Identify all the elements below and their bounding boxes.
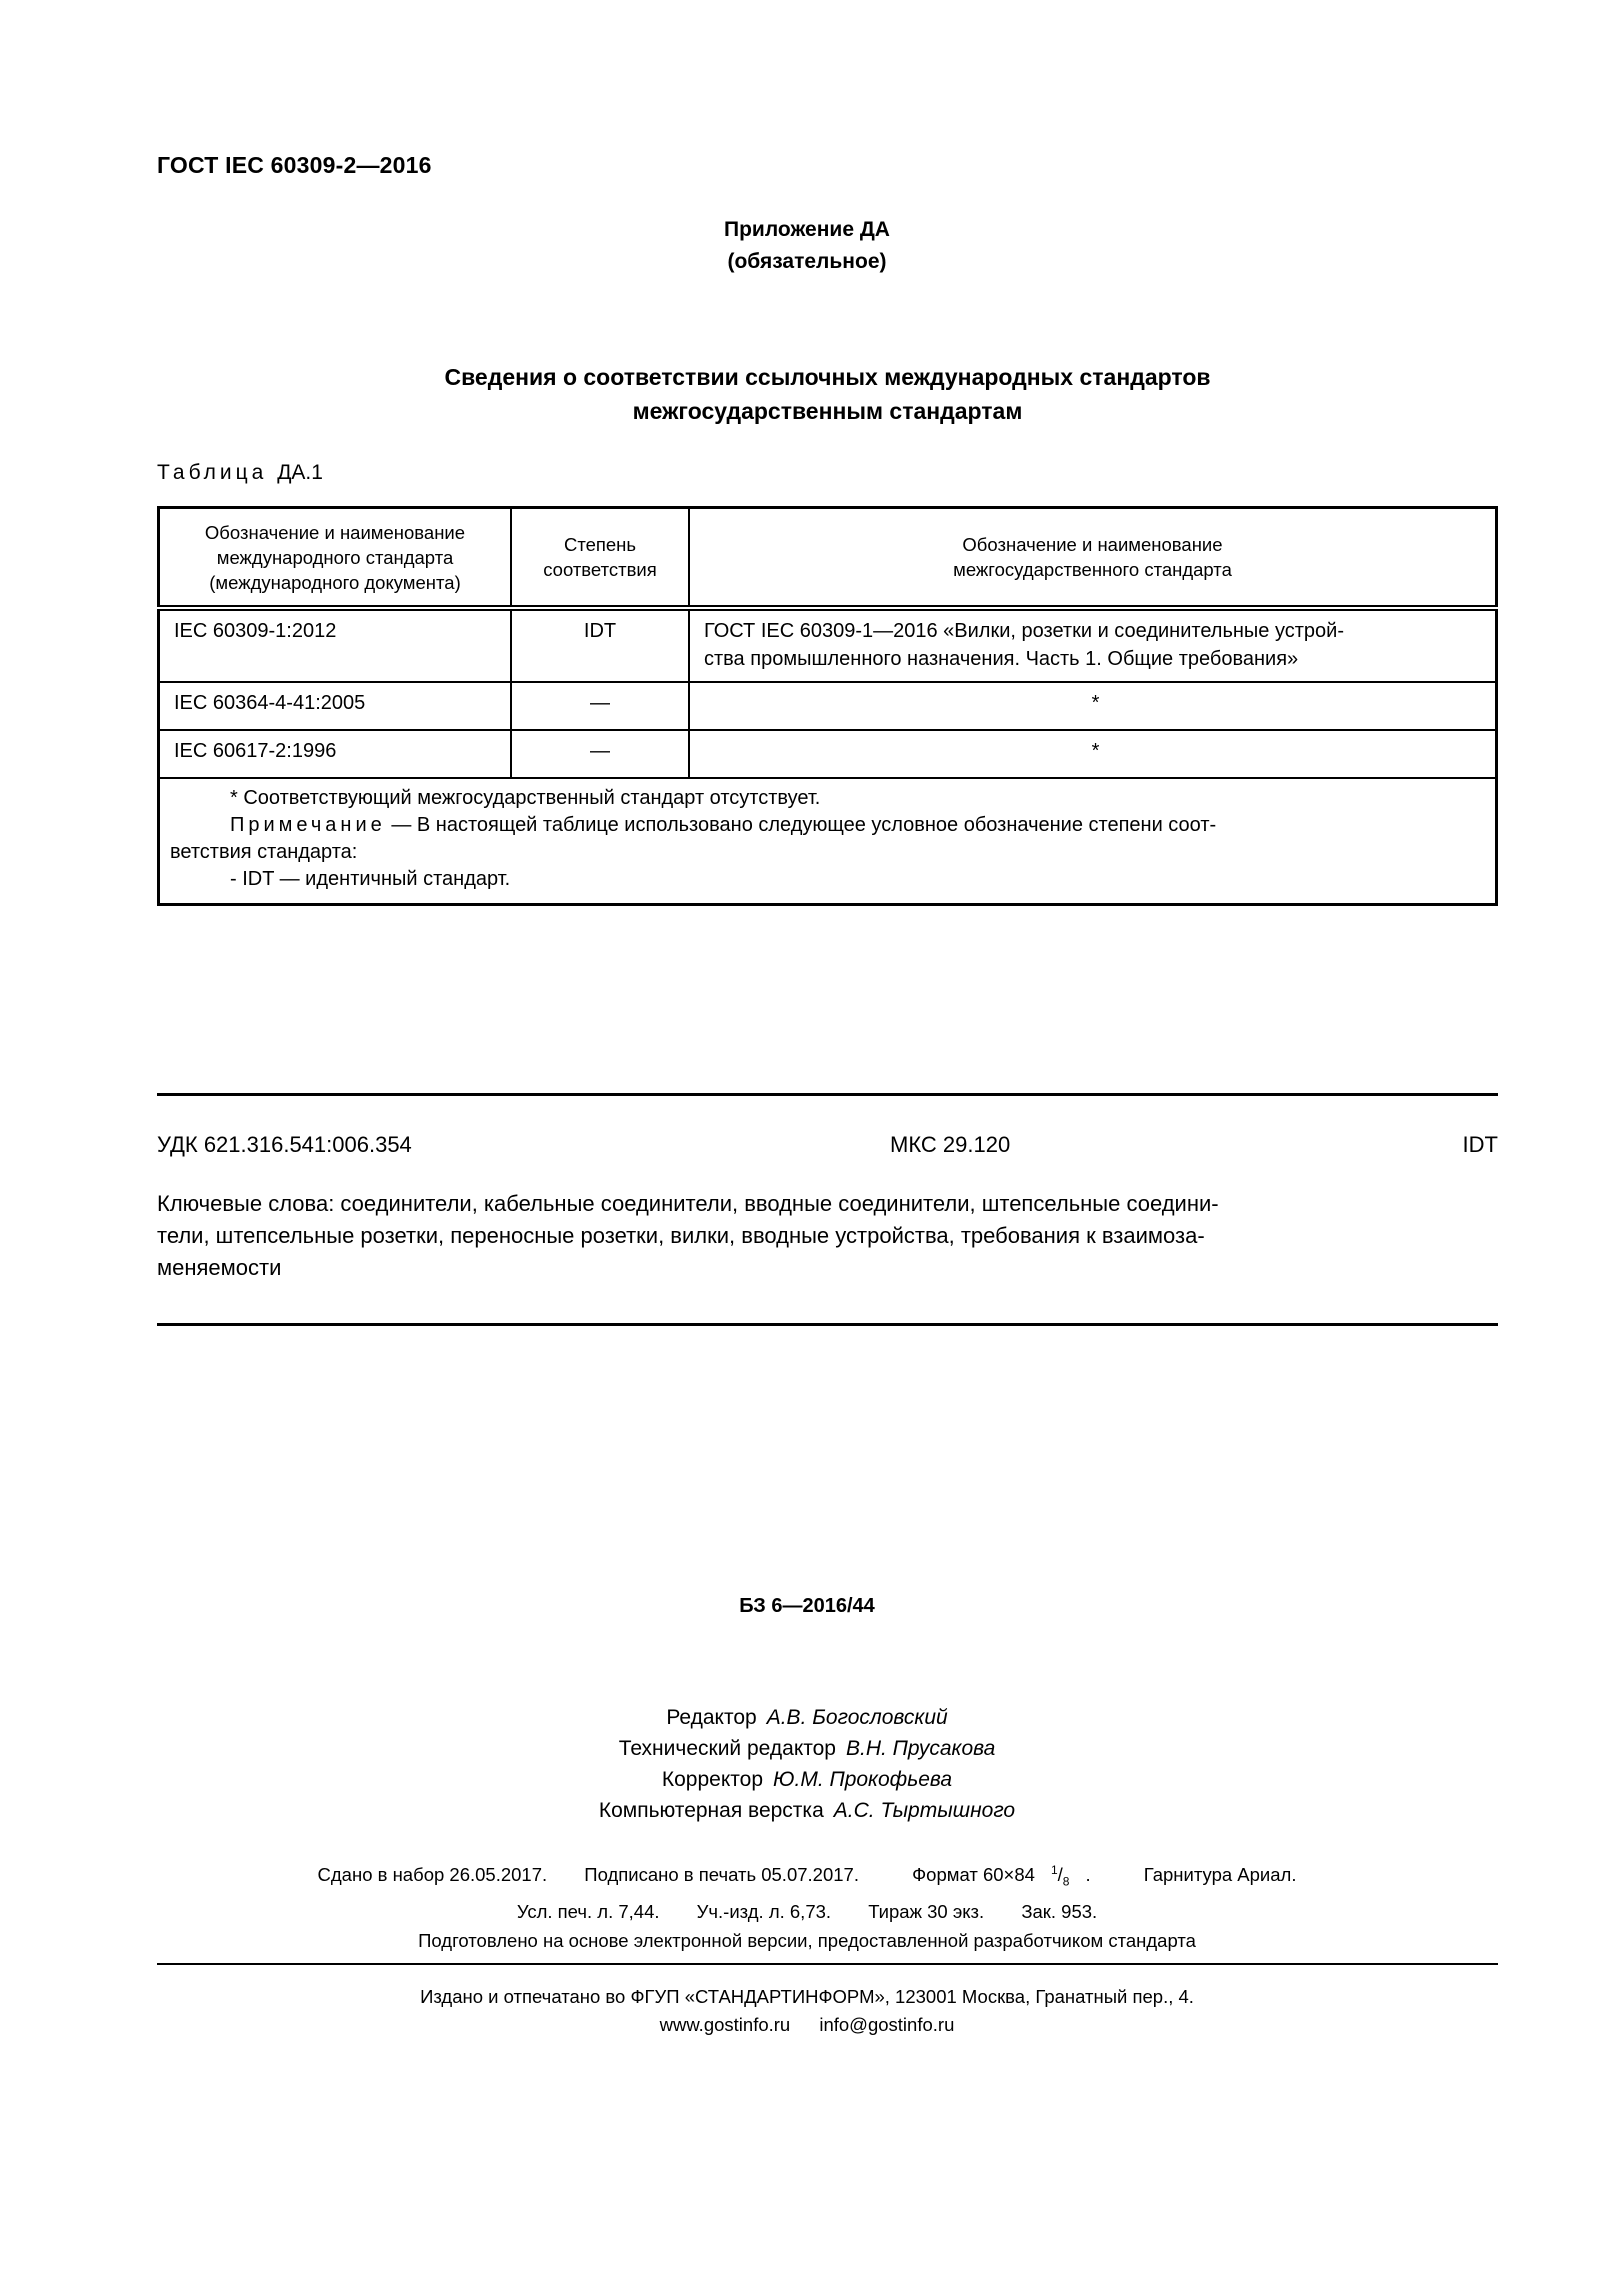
publisher-info: Издано и отпечатано во ФГУП «СТАНДАРТИНФ… <box>0 1983 1614 2039</box>
degree-of-correspondence: — <box>511 682 689 730</box>
submitted-date: Сдано в набор 26.05.2017. <box>318 1864 548 1885</box>
udk-code: УДК 621.316.541:006.354 <box>157 1132 412 1158</box>
interstate-standard-line: ГОСТ IEC 60309-1—2016 «Вилки, розетки и … <box>704 617 1487 645</box>
column-header-international: Обозначение и наименование международног… <box>159 508 512 609</box>
interstate-standard-line: ства промышленного назначения. Часть 1. … <box>704 645 1487 673</box>
note-label: Примечание <box>230 814 386 836</box>
degree-code: IDT <box>1463 1132 1498 1158</box>
keywords-line: меняемости <box>157 1252 1498 1284</box>
table-caption-word: Таблица <box>157 461 267 484</box>
divider <box>157 1323 1498 1326</box>
bz-code: БЗ 6—2016/44 <box>0 1595 1614 1618</box>
header-text: (международного документа) <box>168 570 502 595</box>
staff-line: Компьютерная версткаА.С. Тыртышного <box>0 1795 1614 1826</box>
publisher-contacts: www.gostinfo.ru info@gostinfo.ru <box>0 2011 1614 2039</box>
degree-of-correspondence: IDT <box>511 608 689 682</box>
header-text: Степень <box>520 532 680 557</box>
header-text: межгосударственного стандарта <box>698 557 1487 582</box>
section-title-line-1: Сведения о соответствии ссылочных междун… <box>157 360 1498 394</box>
format-sub: 8 <box>1063 1875 1070 1889</box>
header-text: Обозначение и наименование <box>698 532 1487 557</box>
imprint-line-1: Сдано в набор 26.05.2017. Подписано в пе… <box>0 1856 1614 1897</box>
table-row: IEC 60309-1:2012 IDT ГОСТ IEC 60309-1—20… <box>159 608 1497 682</box>
typeface: Гарнитура Ариал. <box>1144 1864 1297 1885</box>
section-title-line-2: межгосударственным стандартам <box>157 394 1498 428</box>
international-standard: IEC 60617-2:1996 <box>159 730 512 778</box>
staff-role: Корректор <box>662 1768 763 1791</box>
prepared-note: Подготовлено на основе электронной верси… <box>0 1926 1614 1955</box>
correspondence-table: Обозначение и наименование международног… <box>157 506 1498 906</box>
column-header-interstate: Обозначение и наименование межгосударств… <box>689 508 1497 609</box>
divider <box>157 1963 1498 1965</box>
imprint-line-2: Усл. печ. л. 7,44. Уч.-изд. л. 6,73. Тир… <box>0 1897 1614 1926</box>
table-notes-row: * Соответствующий межгосударственный ста… <box>159 778 1497 905</box>
interstate-standard: ГОСТ IEC 60309-1—2016 «Вилки, розетки и … <box>689 608 1497 682</box>
table-notes: * Соответствующий межгосударственный ста… <box>159 778 1497 905</box>
table-caption: Таблица ДА.1 <box>157 461 323 485</box>
annex-status: (обязательное) <box>0 246 1614 278</box>
keywords-line: Ключевые слова: соединители, кабельные с… <box>157 1188 1498 1220</box>
table-row: IEC 60617-2:1996 — * <box>159 730 1497 778</box>
staff-role: Компьютерная верстка <box>599 1799 824 1822</box>
format-suffix: . <box>1085 1864 1090 1885</box>
order-number: Зак. 953. <box>1021 1901 1097 1922</box>
header-text: международного стандарта <box>168 545 502 570</box>
degree-of-correspondence: — <box>511 730 689 778</box>
table-caption-number: ДА.1 <box>277 461 323 484</box>
header-text: соответствия <box>520 557 680 582</box>
keywords-line: тели, штепсельные розетки, переносные ро… <box>157 1220 1498 1252</box>
staff-name: В.Н. Прусакова <box>846 1737 995 1760</box>
staff-name: А.С. Тыртышного <box>834 1799 1015 1822</box>
format: Формат 60×841/8. <box>896 1864 1106 1885</box>
staff-name: Ю.М. Прокофьева <box>773 1768 952 1791</box>
staff-name: А.В. Богословский <box>767 1706 948 1729</box>
annex-title: Приложение ДА <box>0 214 1614 246</box>
signed-date: Подписано в печать 05.07.2017. <box>584 1864 859 1885</box>
publisher-sheets: Уч.-изд. л. 6,73. <box>697 1901 831 1922</box>
staff-line: КорректорЮ.М. Прокофьева <box>0 1764 1614 1795</box>
note: Примечание — В настоящей таблице использ… <box>170 812 1485 839</box>
keywords: Ключевые слова: соединители, кабельные с… <box>157 1188 1498 1284</box>
imprint: Сдано в набор 26.05.2017. Подписано в пе… <box>0 1856 1614 1955</box>
format-sup: 1 <box>1051 1863 1058 1877</box>
divider <box>157 1093 1498 1096</box>
circulation: Тираж 30 экз. <box>868 1901 984 1922</box>
interstate-standard: * <box>689 730 1497 778</box>
international-standard: IEC 60364-4-41:2005 <box>159 682 512 730</box>
header-text: Обозначение и наименование <box>168 520 502 545</box>
interstate-standard: * <box>689 682 1497 730</box>
editorial-staff: РедакторА.В. Богословский Технический ре… <box>0 1702 1614 1826</box>
staff-role: Технический редактор <box>619 1737 836 1760</box>
note-item: - IDT — идентичный стандарт. <box>170 866 1485 893</box>
email-link[interactable]: info@gostinfo.ru <box>819 2014 954 2035</box>
print-sheets: Усл. печ. л. 7,44. <box>517 1901 660 1922</box>
publisher-address: Издано и отпечатано во ФГУП «СТАНДАРТИНФ… <box>0 1983 1614 2011</box>
column-header-degree: Степень соответствия <box>511 508 689 609</box>
mks-code: МКС 29.120 <box>890 1132 1010 1158</box>
footnote: * Соответствующий межгосударственный ста… <box>170 785 1485 812</box>
international-standard: IEC 60309-1:2012 <box>159 608 512 682</box>
table-header-row: Обозначение и наименование международног… <box>159 508 1497 609</box>
note-text-continued: ветствия стандарта: <box>170 839 1485 866</box>
classification-row: УДК 621.316.541:006.354 МКС 29.120 IDT <box>157 1132 1498 1158</box>
staff-line: РедакторА.В. Богословский <box>0 1702 1614 1733</box>
table-row: IEC 60364-4-41:2005 — * <box>159 682 1497 730</box>
staff-line: Технический редакторВ.Н. Прусакова <box>0 1733 1614 1764</box>
note-text: — В настоящей таблице использовано следу… <box>386 814 1216 836</box>
annex-heading: Приложение ДА (обязательное) <box>0 214 1614 278</box>
document-code: ГОСТ IEC 60309-2—2016 <box>157 152 432 179</box>
format-text: Формат 60×84 <box>912 1864 1035 1885</box>
section-title: Сведения о соответствии ссылочных междун… <box>157 360 1498 428</box>
staff-role: Редактор <box>666 1706 756 1729</box>
website-link[interactable]: www.gostinfo.ru <box>660 2014 791 2035</box>
